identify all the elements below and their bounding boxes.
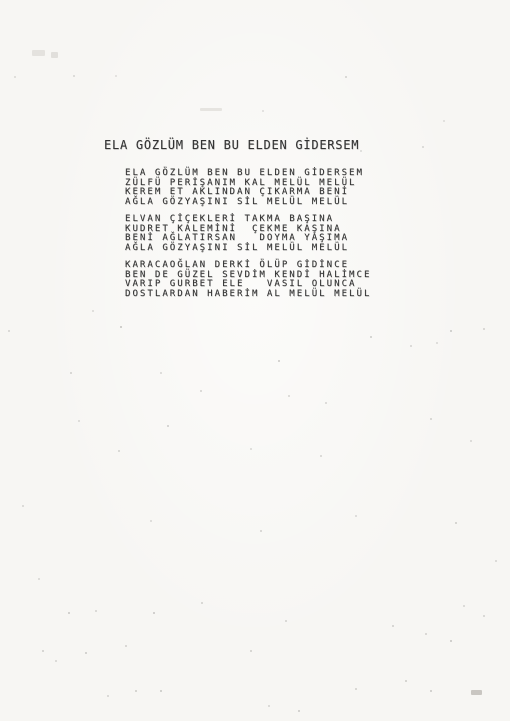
- stanza-3: KARACAOĞLAN DERKİ ÖLÜP GİDİNCE BEN DE GÜ…: [125, 261, 371, 299]
- poem-title: ELA GÖZLÜM BEN BU ELDEN GİDERSEM: [104, 138, 359, 152]
- poem-body: ELA GÖZLÜM BEN BU ELDEN GİDERSEM ZÜLFÜ P…: [125, 169, 371, 307]
- poem-line: DOSTLARDAN HABERİM AL MELÜL MELÜL: [125, 290, 371, 300]
- scan-smudge: [471, 690, 482, 695]
- scan-smudge: [200, 108, 222, 111]
- poem-line: AĞLA GÖZYAŞINI SİL MELÜL MELÜL: [125, 244, 371, 254]
- scan-smudge: [32, 50, 45, 56]
- poem-line: AĞLA GÖZYAŞINI SİL MELÜL MELÜL: [125, 198, 371, 208]
- stanza-2: ELVAN ÇİÇEKLERİ TAKMA BAŞINA KUDRET KALE…: [125, 215, 371, 253]
- scan-dust-specks: [0, 0, 2, 2]
- scan-smudge: [51, 52, 58, 58]
- stanza-1: ELA GÖZLÜM BEN BU ELDEN GİDERSEM ZÜLFÜ P…: [125, 169, 371, 207]
- scanned-poem-page: ELA GÖZLÜM BEN BU ELDEN GİDERSEM ELA GÖZ…: [0, 0, 510, 721]
